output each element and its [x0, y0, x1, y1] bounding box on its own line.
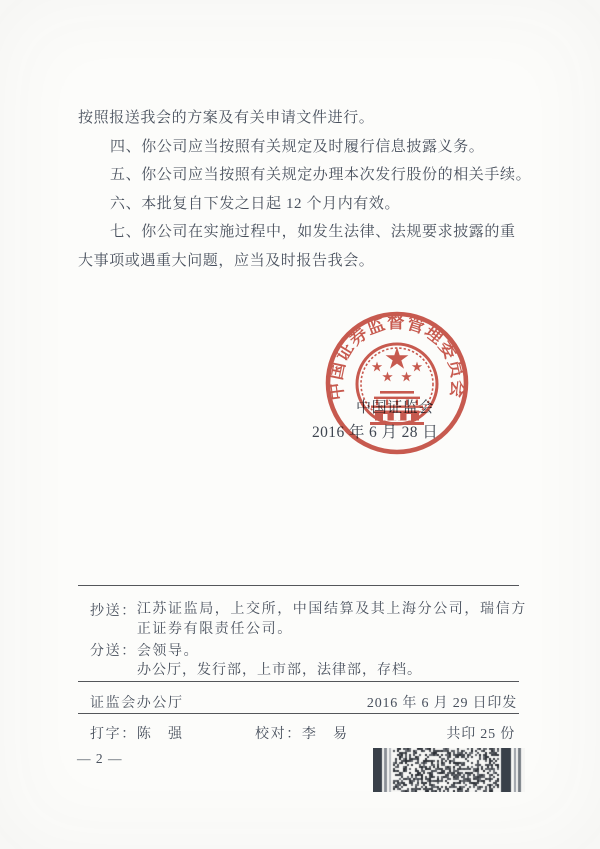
- distribution-row: 分送：会领导。: [90, 640, 199, 660]
- typist-row: 打字：陈 强: [90, 723, 184, 743]
- body-line: 六、本批复自下发之日起 12 个月内有效。: [78, 190, 548, 219]
- proofreader-label: 校对：: [255, 727, 302, 742]
- cc-row: 抄送： 江苏证监局，上交所，中国结算及其上海分公司，瑞信方 正证券有限责任公司。: [90, 600, 527, 640]
- body-line: 五、你公司应当按照有关规定办理本次发行股份的相关手续。: [78, 161, 548, 190]
- barcode: [373, 748, 525, 792]
- distribution-text-2: 办公厅，发行部，上市部，法律部，存档。: [137, 659, 422, 679]
- proofreader-name: 李 易: [302, 727, 349, 742]
- body-line: 按照报送我会的方案及有关申请文件进行。: [78, 104, 548, 133]
- cc-text-line: 江苏证监局，上交所，中国结算及其上海分公司，瑞信方: [137, 600, 527, 620]
- distribution-label: 分送：: [90, 644, 137, 659]
- body-line: 七、你公司在实施过程中，如发生法律、法规要求披露的重: [78, 218, 548, 247]
- divider: [78, 713, 519, 714]
- national-emblem-icon: [357, 344, 437, 425]
- page-number: — 2 —: [77, 751, 123, 767]
- typist-name: 陈 强: [137, 727, 184, 742]
- official-seal: 中国证券监督管理委员会: [322, 308, 472, 458]
- body-line: 大事项或遇重大问题，应当及时报告我会。: [78, 247, 548, 276]
- typist-label: 打字：: [90, 727, 137, 742]
- document-body: 按照报送我会的方案及有关申请文件进行。 四、你公司应当按照有关规定及时履行信息披…: [78, 104, 548, 275]
- document-page: 按照报送我会的方案及有关申请文件进行。 四、你公司应当按照有关规定及时履行信息披…: [0, 0, 600, 849]
- copies-count: 共印 25 份: [446, 723, 515, 743]
- distribution-text: 会领导。: [137, 644, 199, 659]
- issuing-office: 证监会办公厅: [90, 692, 184, 712]
- print-date: 2016 年 6 月 29 日印发: [367, 692, 517, 712]
- divider: [78, 585, 519, 586]
- cc-label: 抄送：: [90, 600, 137, 620]
- tiananmen-gate-icon: [370, 391, 424, 425]
- body-line: 四、你公司应当按照有关规定及时履行信息披露义务。: [78, 133, 548, 162]
- proofreader-row: 校对：李 易: [255, 723, 349, 743]
- cc-text-line: 正证券有限责任公司。: [137, 620, 527, 640]
- divider: [78, 681, 519, 682]
